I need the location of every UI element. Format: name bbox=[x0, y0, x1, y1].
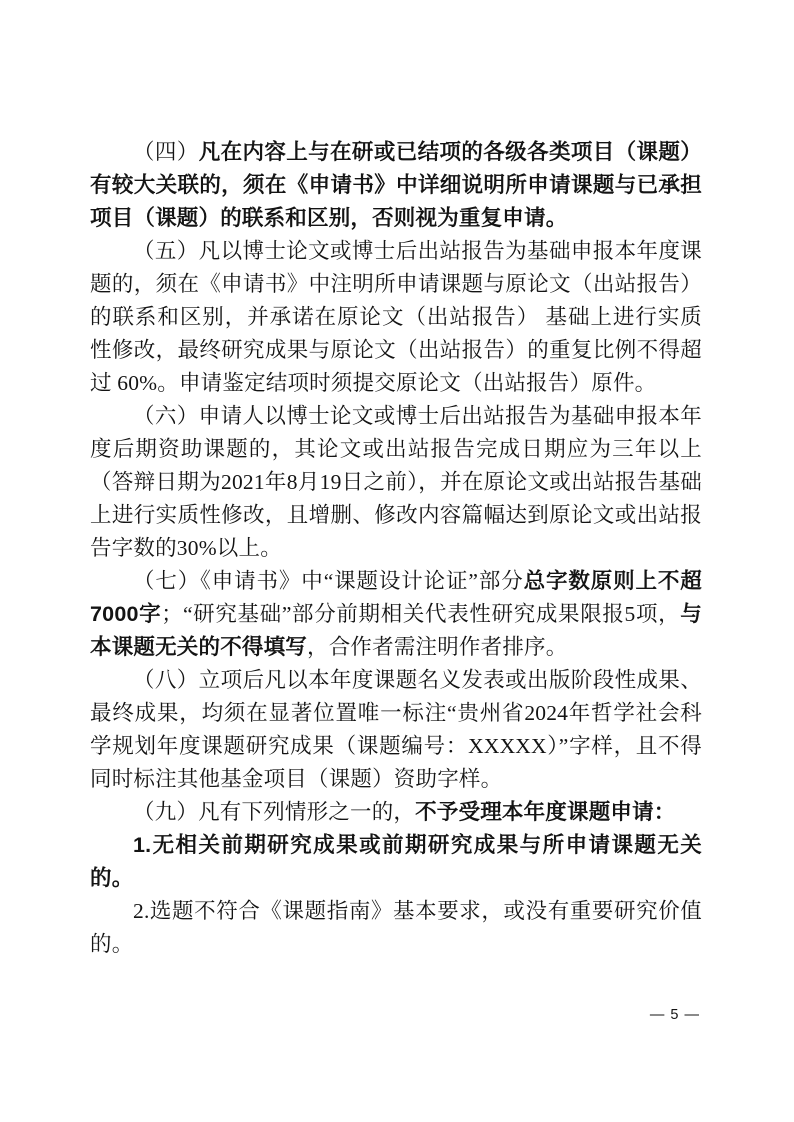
text-run: （八）立项后凡以本年度课题名义发表或出版阶段性成果、最终成果，均须在显著位置唯一… bbox=[90, 668, 702, 791]
text-run: （四） bbox=[133, 140, 199, 164]
text-run: 不予受理本年度课题申请： bbox=[415, 800, 675, 824]
paragraph: （四）凡在内容上与在研或已结项的各级各类项目（课题）有较大关联的，须在《申请书》… bbox=[90, 136, 702, 235]
paragraph: （八）立项后凡以本年度课题名义发表或出版阶段性成果、最终成果，均须在显著位置唯一… bbox=[90, 664, 702, 796]
paragraph: （七）《申请书》中“课题设计论证”部分总字数原则上不超7000字；“研究基础”部… bbox=[90, 565, 702, 664]
text-run: （六）申请人以博士论文或博士后出站报告为基础申报本年度后期资助课题的，其论文或出… bbox=[90, 404, 702, 560]
text-run: （五）凡以博士论文或博士后出站报告为基础申报本年度课题的，须在《申请书》中注明所… bbox=[90, 239, 702, 395]
page-number: — 5 — bbox=[650, 1005, 700, 1025]
text-run: 2.选题不符合《课题指南》基本要求，或没有重要研究价值的。 bbox=[90, 899, 702, 956]
document-body: （四）凡在内容上与在研或已结项的各级各类项目（课题）有较大关联的，须在《申请书》… bbox=[90, 136, 702, 961]
text-run: ；“研究基础”部分前期相关代表性研究成果限报5项， bbox=[161, 602, 680, 626]
text-run: 1.无相关前期研究成果或前期研究成果与所申请课题无关的。 bbox=[90, 833, 702, 890]
text-run: ，合作者需注明作者排序。 bbox=[307, 635, 567, 659]
paragraph: （九）凡有下列情形之一的，不予受理本年度课题申请： bbox=[90, 796, 702, 829]
paragraph: （六）申请人以博士论文或博士后出站报告为基础申报本年度后期资助课题的，其论文或出… bbox=[90, 400, 702, 565]
text-run: （七）《申请书》中“课题设计论证”部分 bbox=[133, 569, 524, 593]
paragraph: 2.选题不符合《课题指南》基本要求，或没有重要研究价值的。 bbox=[90, 895, 702, 961]
text-run: （九）凡有下列情形之一的， bbox=[133, 800, 415, 824]
paragraph: 1.无相关前期研究成果或前期研究成果与所申请课题无关的。 bbox=[90, 829, 702, 895]
paragraph: （五）凡以博士论文或博士后出站报告为基础申报本年度课题的，须在《申请书》中注明所… bbox=[90, 235, 702, 400]
document-page: （四）凡在内容上与在研或已结项的各级各类项目（课题）有较大关联的，须在《申请书》… bbox=[0, 0, 794, 1122]
